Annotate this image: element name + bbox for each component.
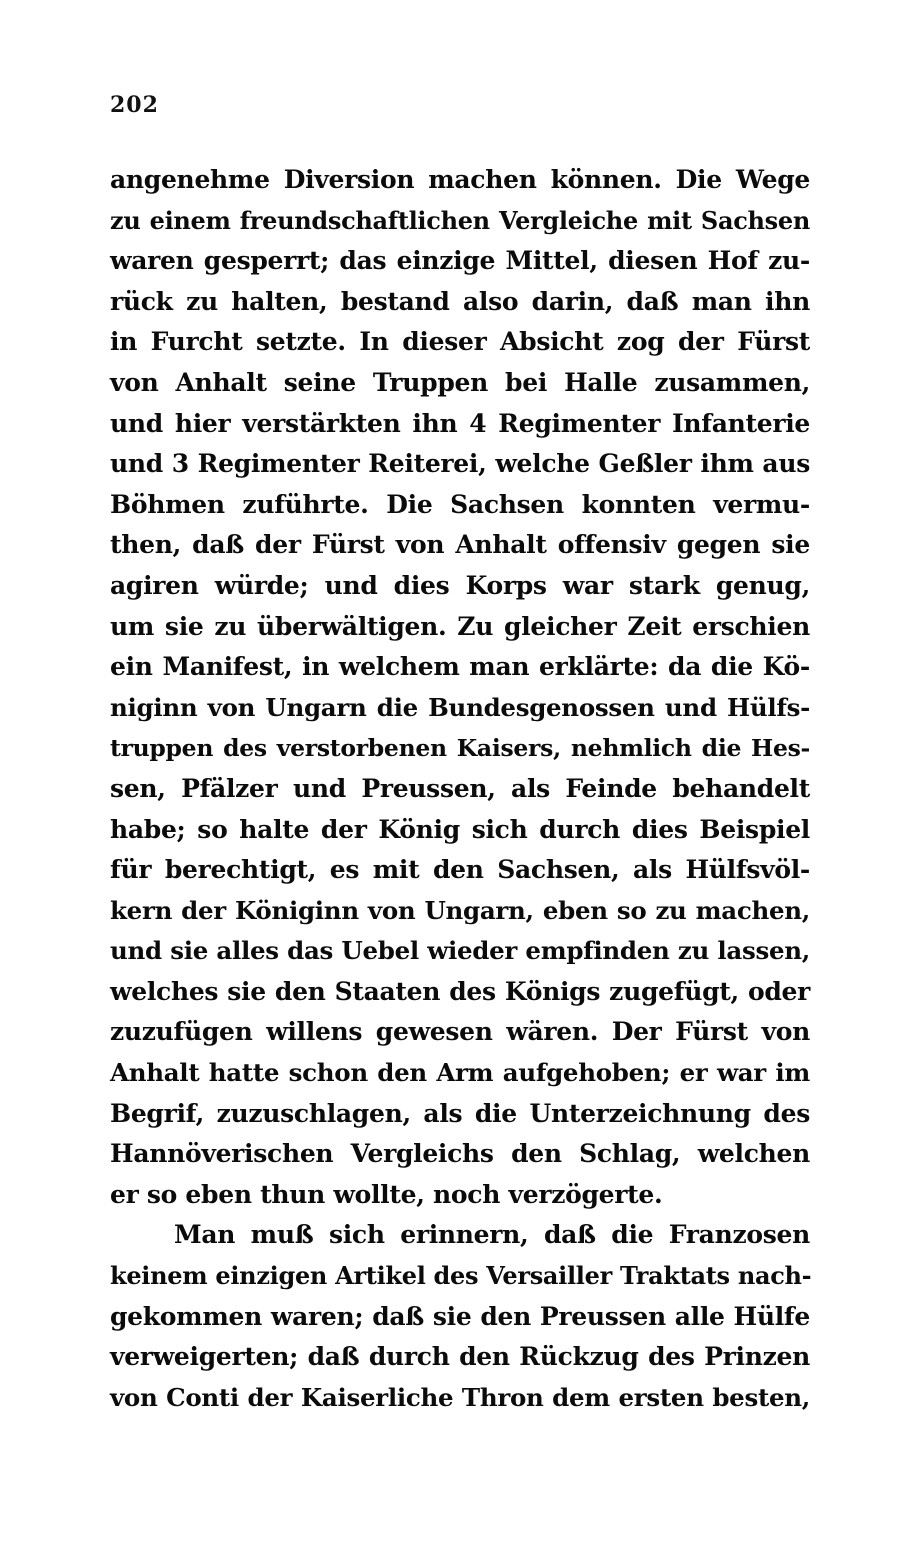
paragraph-end-line: er so eben thun wollte, noch verzögerte. [110, 1175, 810, 1216]
text-line: für berechtigt, es mit den Sachsen, als … [110, 850, 810, 891]
text-line: und sie alles das Uebel wieder empfinden… [110, 931, 810, 972]
text-line: truppen des verstorbenen Kaisers, nehmli… [110, 728, 810, 769]
text-line: rück zu halten, bestand also darin, daß … [110, 282, 810, 323]
text-line: Hannöverischen Vergleichs den Schlag, we… [110, 1134, 810, 1175]
page-number: 202 [110, 92, 159, 118]
text-line: habe; so halte der König sich durch dies… [110, 810, 810, 851]
text-line: zuzufügen willens gewesen wären. Der Für… [110, 1012, 810, 1053]
book-page: 202 angenehme Diversion machen können. D… [0, 0, 900, 1563]
text-line: then, daß der Fürst von Anhalt offensiv … [110, 525, 810, 566]
body-text: angenehme Diversion machen können. Die W… [110, 160, 810, 1418]
text-line: in Furcht setzte. In dieser Absicht zog … [110, 322, 810, 363]
text-line: um sie zu überwältigen. Zu gleicher Zeit… [110, 607, 810, 648]
text-line: Anhalt hatte schon den Arm aufgehoben; e… [110, 1053, 810, 1094]
text-line: von Conti der Kaiserliche Thron dem erst… [110, 1378, 810, 1419]
text-line: angenehme Diversion machen können. Die W… [110, 160, 810, 201]
text-line: und 3 Regimenter Reiterei, welche Geßler… [110, 444, 810, 485]
text-line: waren gesperrt; das einzige Mittel, dies… [110, 241, 810, 282]
text-line: Begrif, zuzuschlagen, als die Unterzeich… [110, 1094, 810, 1135]
text-line: agiren würde; und dies Korps war stark g… [110, 566, 810, 607]
text-line: keinem einzigen Artikel des Versailler T… [110, 1256, 810, 1297]
text-line: und hier verstärkten ihn 4 Regimenter In… [110, 404, 810, 445]
text-line: welches sie den Staaten des Königs zugef… [110, 972, 810, 1013]
text-line: verweigerten; daß durch den Rückzug des … [110, 1337, 810, 1378]
text-line: gekommen waren; daß sie den Preussen all… [110, 1297, 810, 1338]
text-line: niginn von Ungarn die Bundesgenossen und… [110, 688, 810, 729]
text-line: von Anhalt seine Truppen bei Halle zusam… [110, 363, 810, 404]
text-line: zu einem freundschaftlichen Vergleiche m… [110, 201, 810, 242]
paragraph-start-line: Man muß sich erinnern, daß die Franzosen [110, 1215, 810, 1256]
text-line: ein Manifest, in welchem man erklärte: d… [110, 647, 810, 688]
text-line: sen, Pfälzer und Preussen, als Feinde be… [110, 769, 810, 810]
text-line: kern der Königinn von Ungarn, eben so zu… [110, 891, 810, 932]
text-line: Böhmen zuführte. Die Sachsen konnten ver… [110, 485, 810, 526]
